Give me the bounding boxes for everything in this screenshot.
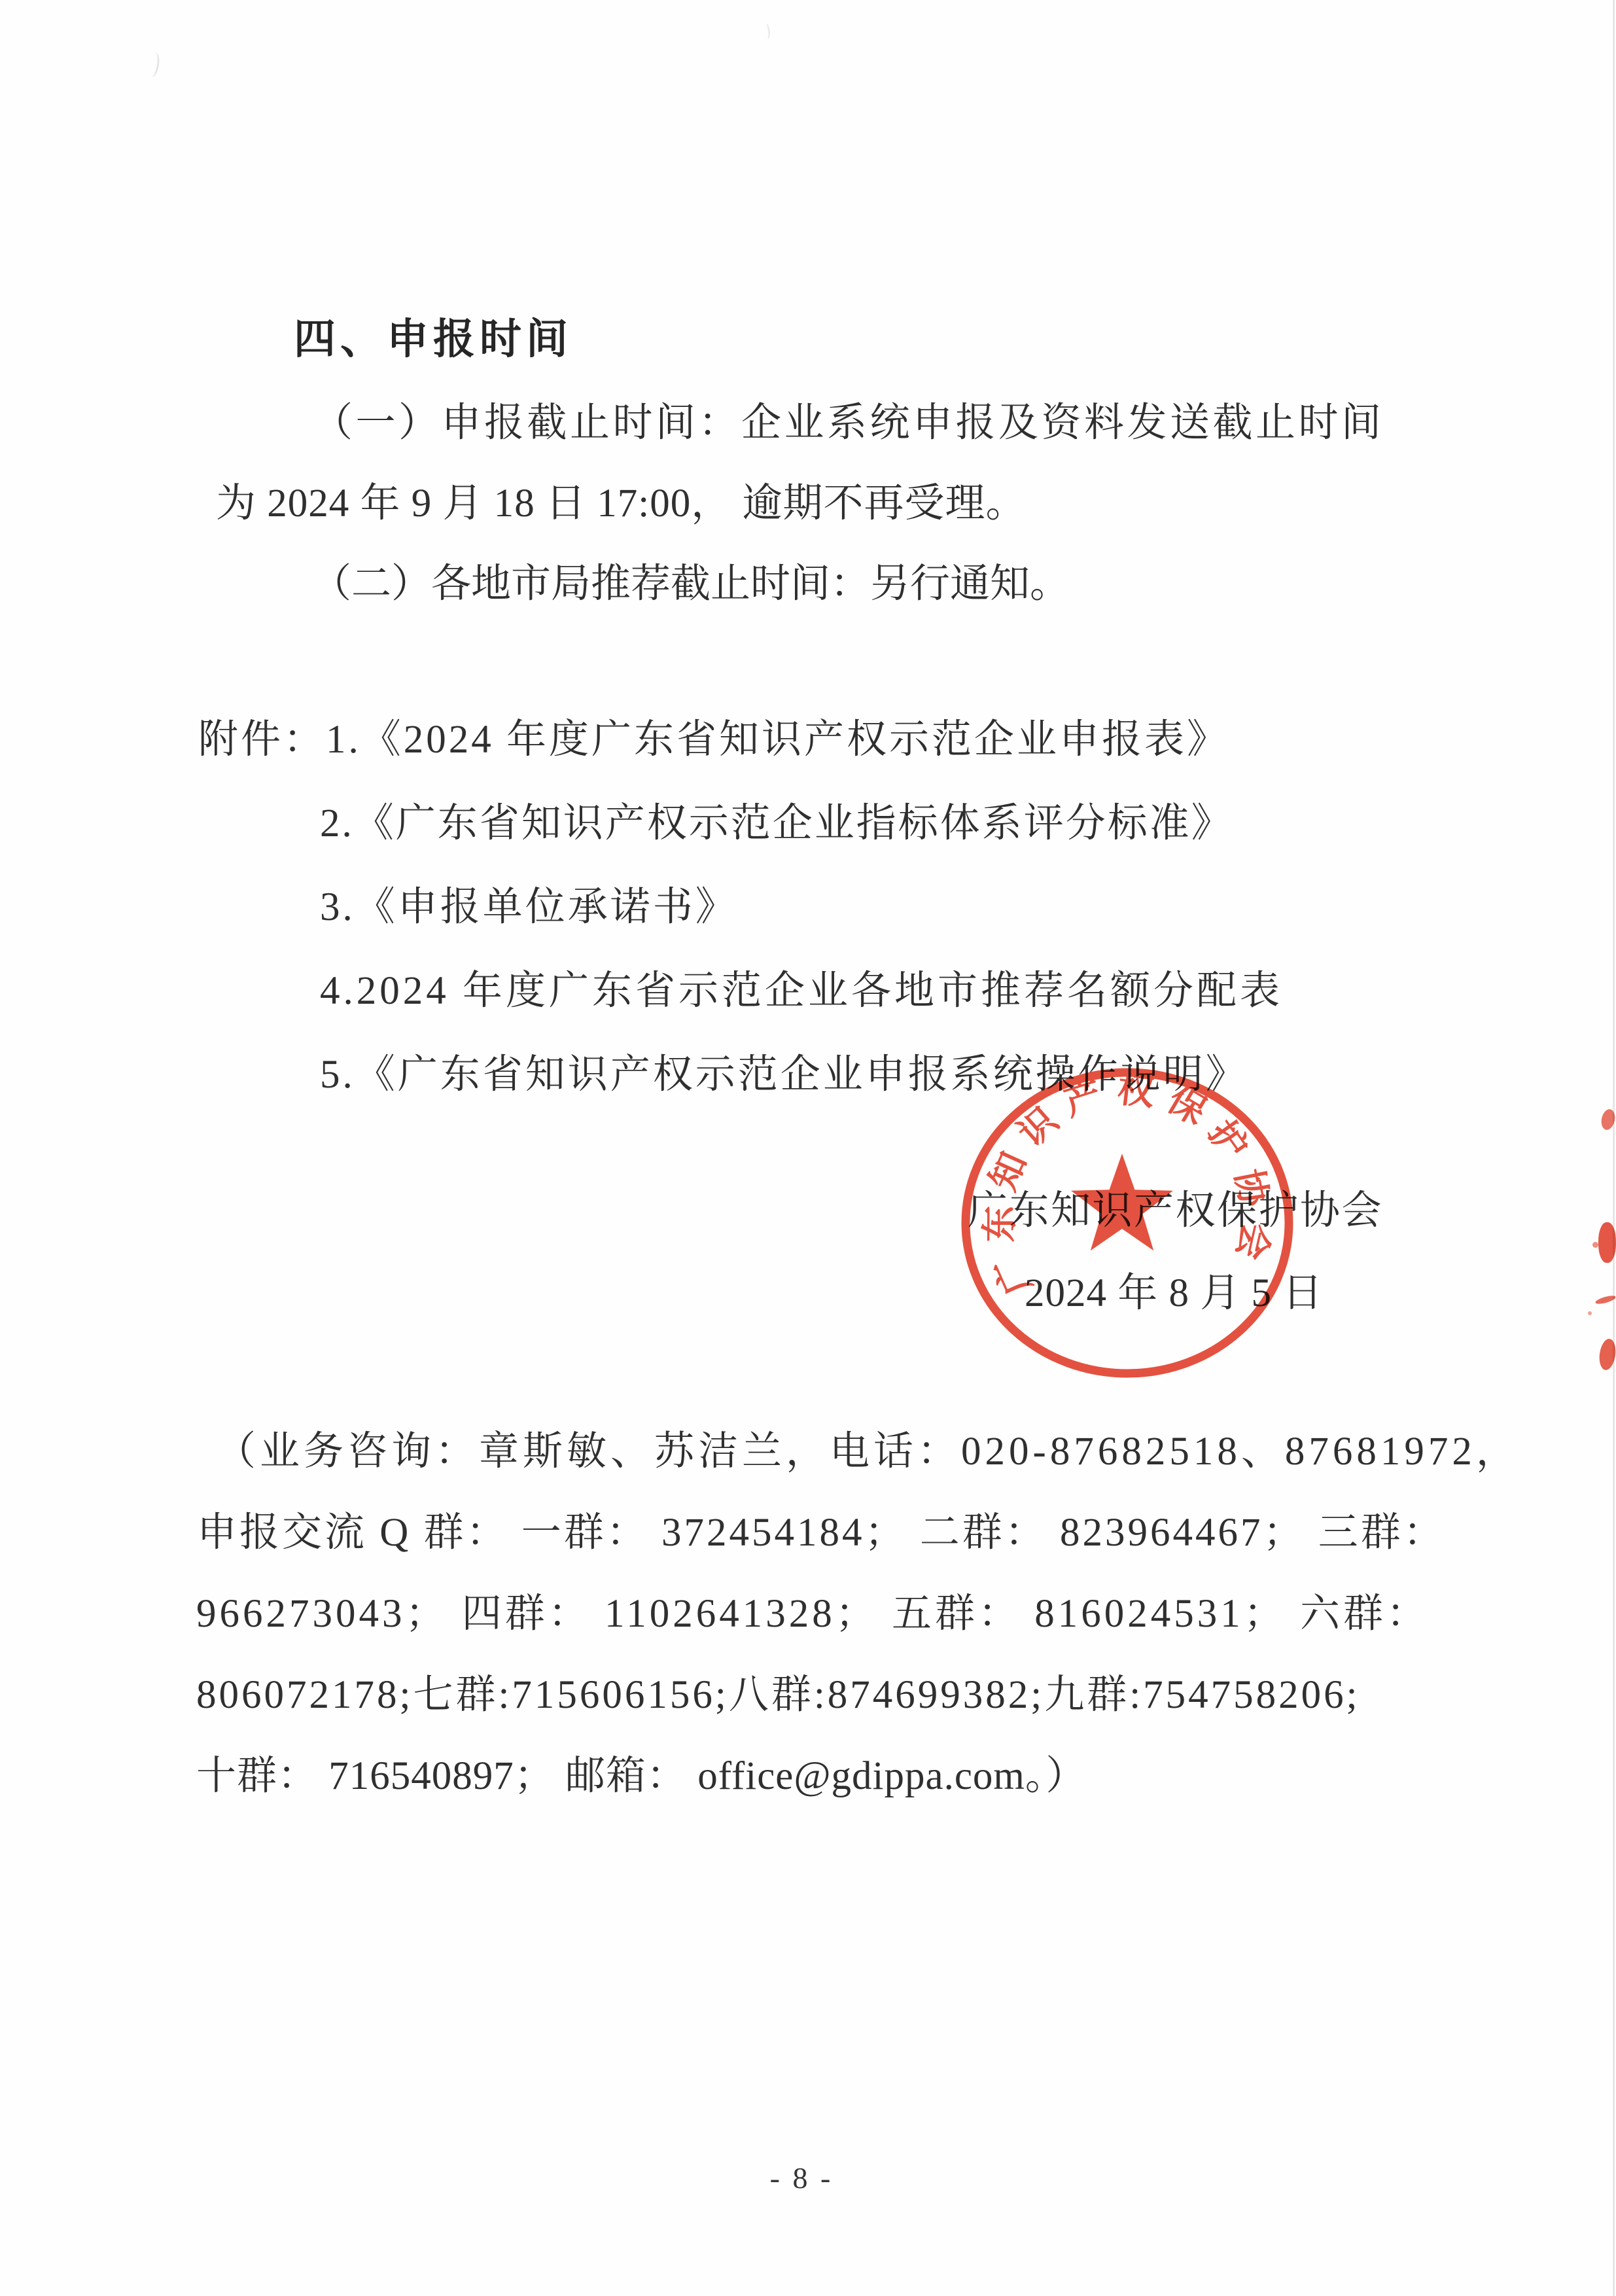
paragraph-city-deadline: （二）各地市局推荐截止时间：另行通知。	[311, 561, 1070, 607]
attachment-line-4: 4.2024 年度广东省示范企业各地市推荐名额分配表	[320, 968, 1283, 1014]
paragraph-deadline-line2: 为 2024 年 9 月 18 日 17:00， 逾期不再受理。	[216, 481, 1026, 527]
scan-artifact	[762, 23, 771, 39]
document-page: 四、申报时间 （一）申报截止时间：企业系统申报及资料发送截止时间 为 2024 …	[0, 0, 1616, 2296]
attachment-line-1: 附件：1.《2024 年度广东省知识产权示范企业申报表》	[198, 717, 1229, 763]
red-ink-smudge	[1592, 1242, 1598, 1248]
contact-line-5: 十群： 716540897； 邮箱： office@gdippa.com。）	[196, 1754, 1086, 1799]
contact-line-1: （业务咨询：章斯敏、苏洁兰，电话：020-87682518、87681972，	[216, 1429, 1520, 1475]
red-ink-smudge	[1598, 1222, 1616, 1263]
scan-artifact	[146, 52, 161, 78]
contact-line-4: 806072178;七群:715606156;八群:874699382;九群:7…	[196, 1672, 1360, 1718]
signature-organization: 广东知识产权保护协会	[968, 1188, 1383, 1234]
signature-date: 2024 年 8 月 5 日	[1025, 1271, 1323, 1316]
red-ink-smudge	[1588, 1311, 1592, 1315]
contact-line-3: 966273043； 四群： 1102641328； 五群： 816024531…	[196, 1591, 1430, 1637]
page-number: - 8 -	[746, 2161, 857, 2195]
scan-edge-line	[1613, 0, 1615, 2296]
attachment-line-3: 3.《申报单位承诺书》	[320, 885, 738, 930]
attachment-line-2: 2.《广东省知识产权示范企业指标体系评分标准》	[320, 801, 1233, 847]
paragraph-deadline-line1: （一）申报截止时间：企业系统申报及资料发送截止时间	[313, 400, 1384, 446]
contact-line-2: 申报交流 Q 群： 一群： 372454184； 二群： 823964467； …	[197, 1510, 1446, 1556]
section-heading: 四、申报时间	[294, 315, 572, 364]
